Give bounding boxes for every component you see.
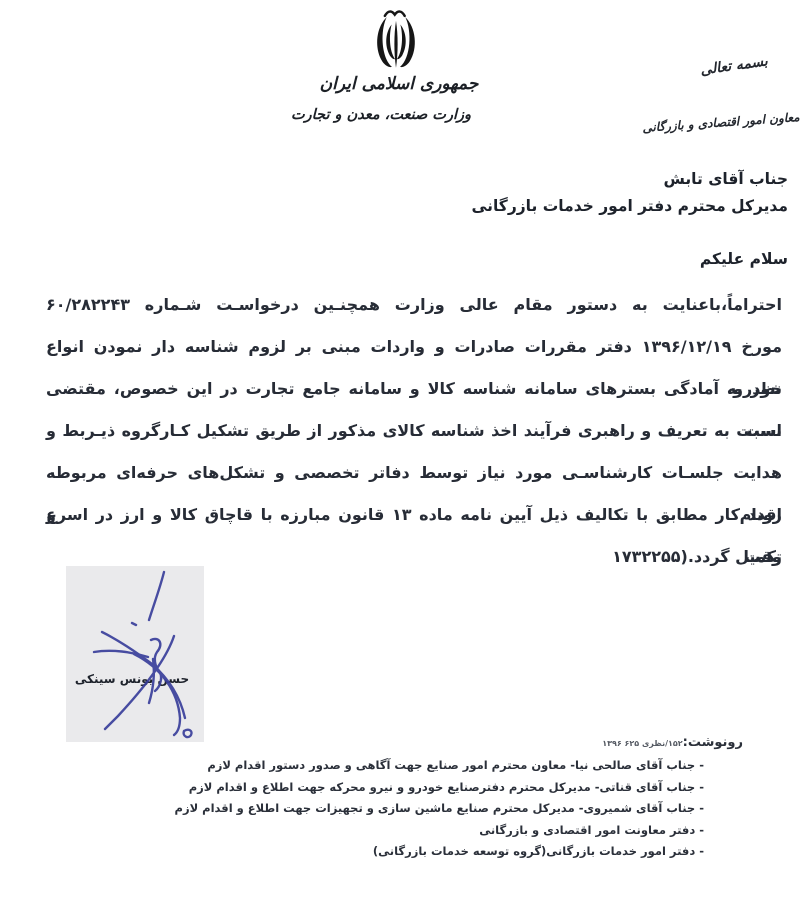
recipient-name: جناب آقای تابش: [40, 170, 788, 188]
body-line-2: مورخ ۱۳۹۶/۱۲/۱۹ دفتر مقررات صادرات و وار…: [46, 326, 782, 368]
recipient-title: مدیرکل محترم دفتر امور خدمات بازرگانی: [40, 197, 788, 215]
cc-list: - جناب آقای صالحی نیا- معاون محترم امور …: [60, 755, 704, 863]
cc-reference-number: ۱۵۲/نظری ۶۲۵ ۱۳۹۶: [602, 739, 682, 748]
cc-item: - جناب آقای شمیروی- مدیرکل محترم صنایع م…: [60, 798, 704, 820]
salutation: سلام علیکم: [40, 250, 788, 268]
letter-body: احتراماً،باعنایت به دستور مقام عالی وزار…: [46, 284, 782, 578]
body-line-3: نظر به آمادگی بسترهای سامانه شناسه کالا …: [46, 368, 782, 410]
cc-header: رونوشت:۱۵۲/نظری ۶۲۵ ۱۳۹۶: [100, 731, 743, 750]
iran-emblem-icon: [358, 6, 434, 74]
republic-title: جمهوری اسلامی ایران: [289, 74, 509, 94]
body-line-5: هدایت جلسـات کارشناسـی مورد نیاز توسط دف…: [46, 452, 782, 494]
letter-page: جمهوری اسلامی ایران وزارت صنعت، معدن و ت…: [0, 0, 800, 910]
cc-item: - دفتر معاونت امور اقتصادی و بازرگانی: [60, 820, 704, 842]
body-line-1-rest: باعنایت به دستور مقام عالی وزارت همچنـین…: [46, 295, 721, 314]
body-line-1: احتراماً،باعنایت به دستور مقام عالی وزار…: [46, 284, 782, 326]
body-line-1-lead: احتراماً،: [721, 295, 782, 314]
signature-ink-icon: [66, 566, 204, 742]
body-line-4: نسبت به تعریف و راهبری فرآیند اخذ شناسه …: [46, 410, 782, 452]
cc-item: - جناب آقای قناتی- مدیرکل محترم دفترصنای…: [60, 777, 704, 799]
cc-item: - دفتر امور خدمات بازرگانی(گروه توسعه خد…: [60, 841, 704, 863]
ministry-title: وزارت صنعت، معدن و تجارت: [271, 107, 491, 123]
cc-label: رونوشت:: [683, 735, 743, 750]
body-line-6: روند کار مطابق با تکالیف ذیل آیین نامه م…: [46, 494, 782, 536]
besmellah-text: بسمه تعالی: [673, 50, 794, 83]
issuing-office-title: معاون امور اقتصادی و بازرگانی: [642, 110, 800, 135]
signature-block: حسن یونس سینکی: [66, 566, 204, 742]
cc-item: - جناب آقای صالحی نیا- معاون محترم امور …: [60, 755, 704, 777]
